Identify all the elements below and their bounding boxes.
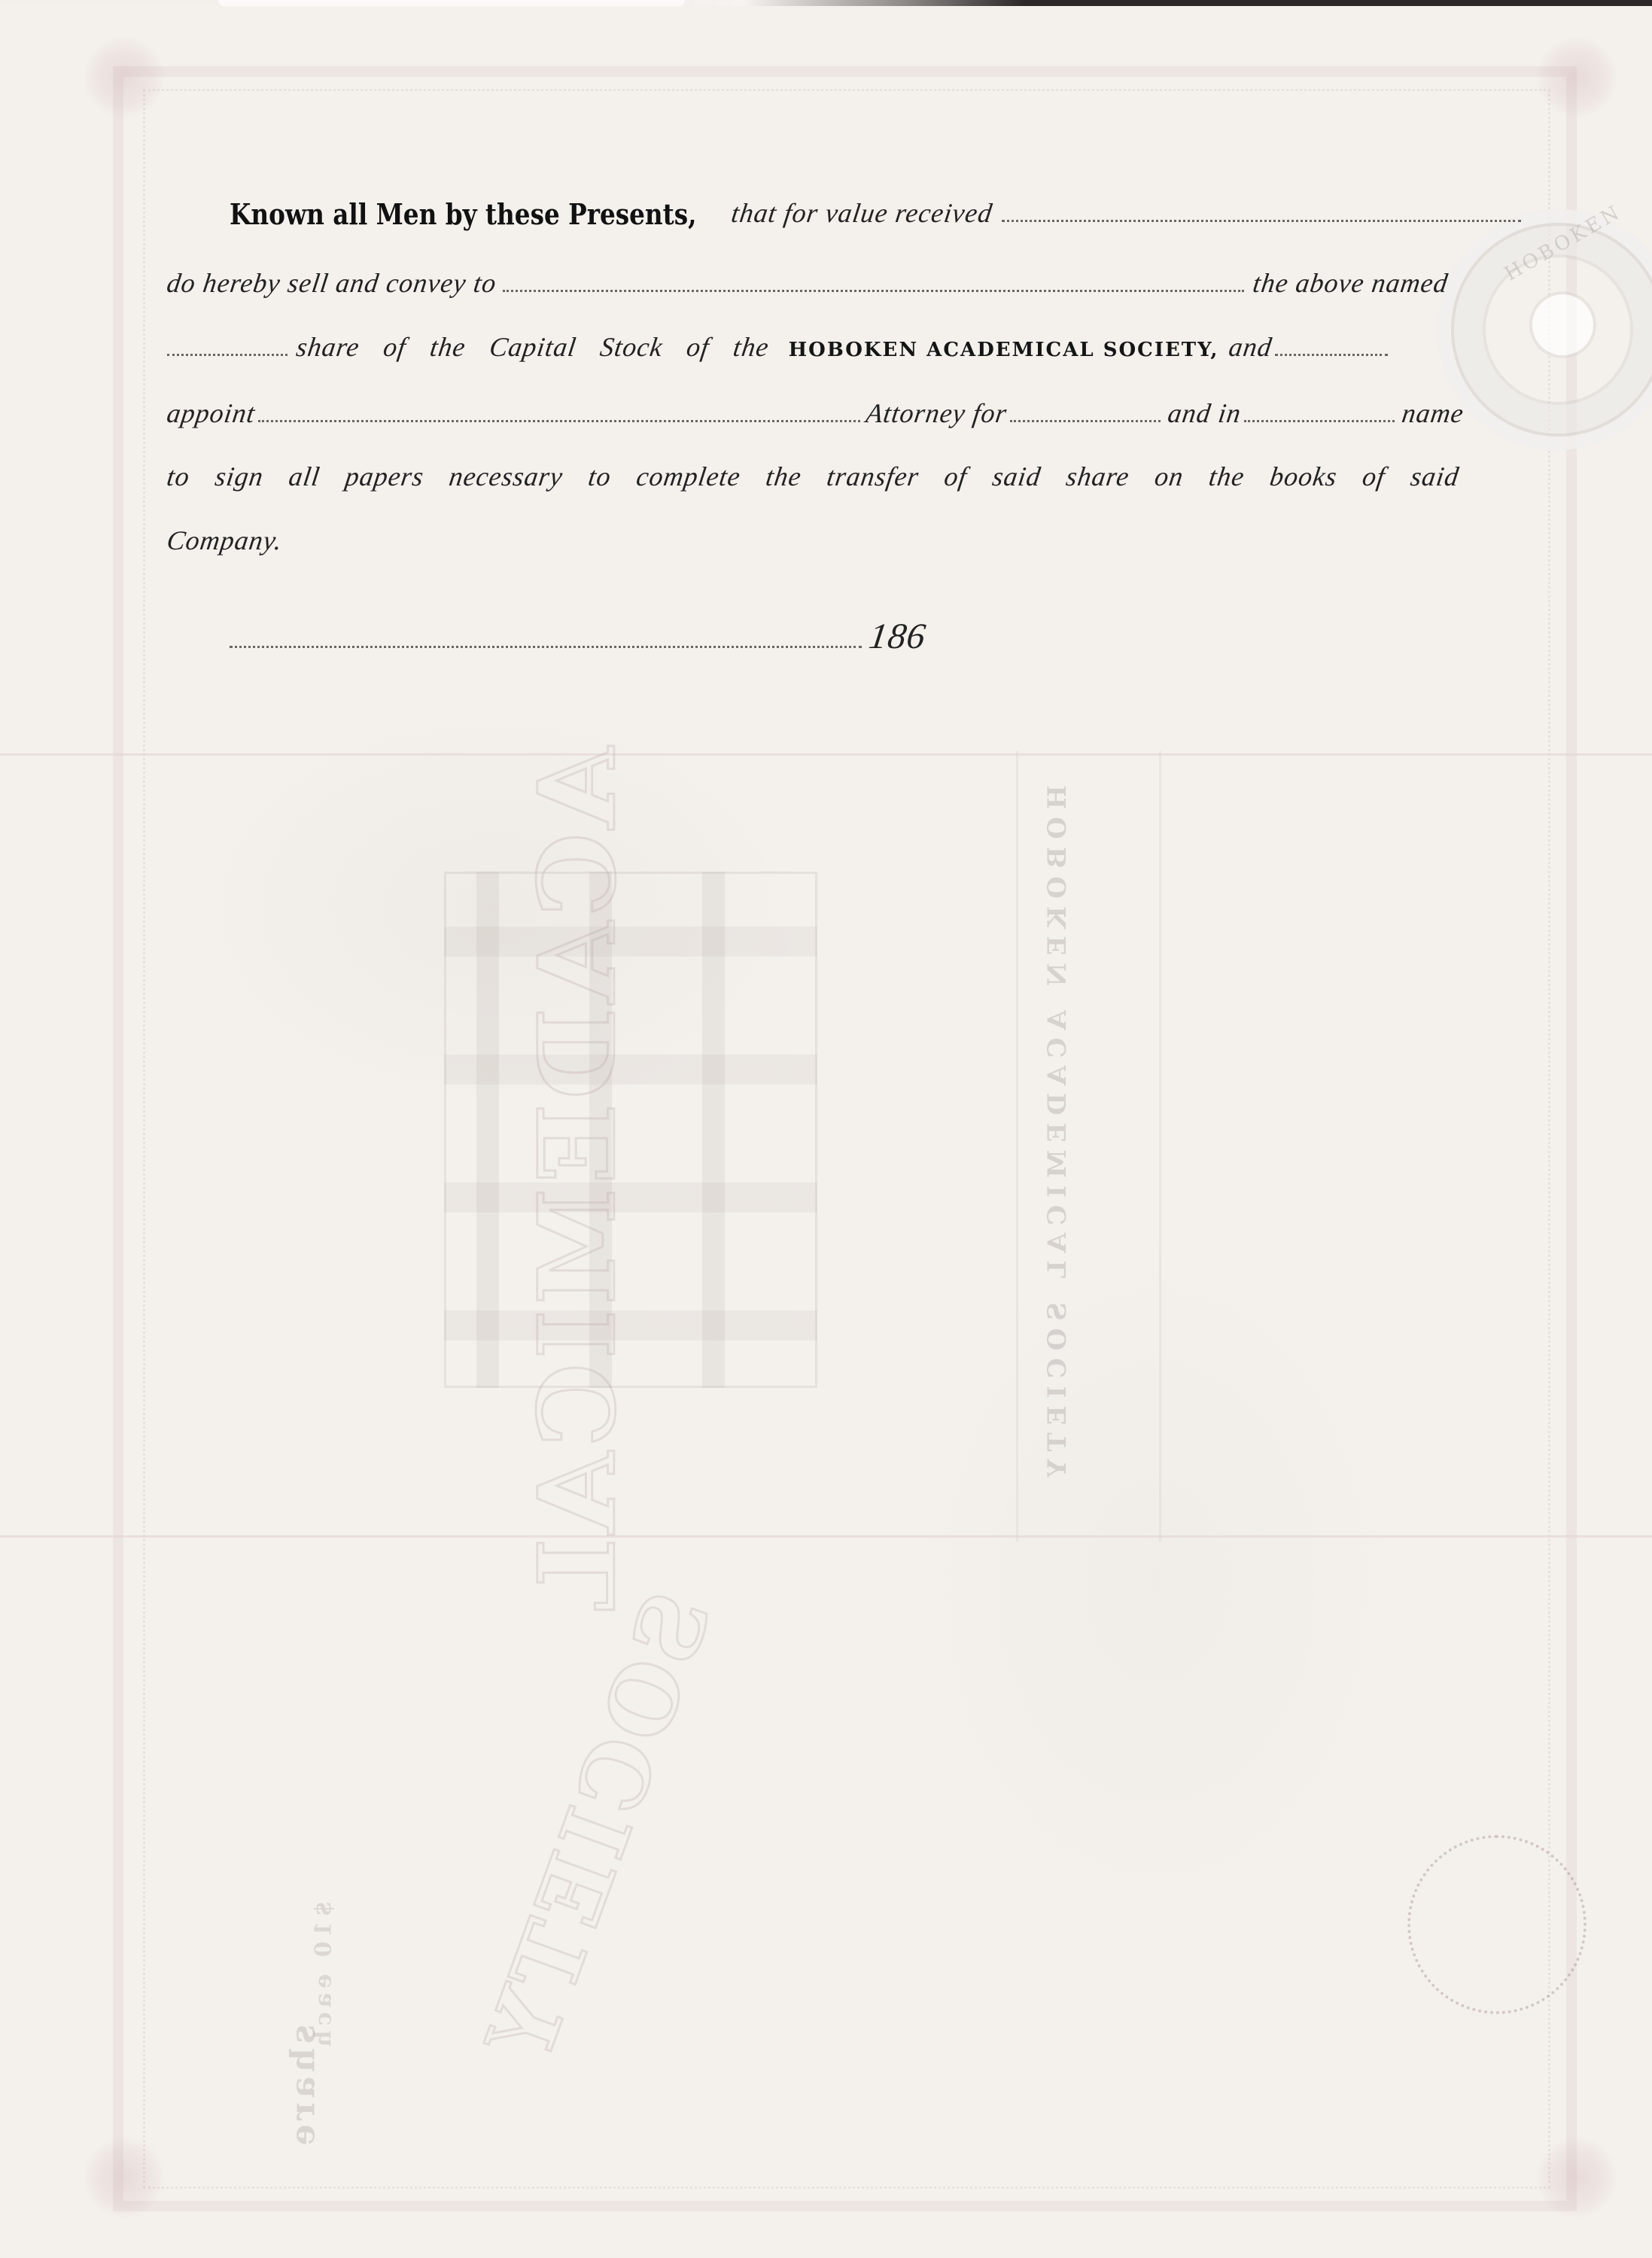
corner-ornament-icon (1535, 2136, 1618, 2219)
name-text: name (1400, 397, 1466, 429)
appoint-text: appoint (165, 397, 257, 429)
column-rule (1159, 751, 1161, 1541)
corner-ornament-icon (1535, 36, 1618, 119)
corner-ornament-icon (83, 36, 166, 119)
date-field[interactable] (230, 646, 862, 648)
show-through-caption: HOBOKEN ACADEMICAL SOCIETY (1042, 785, 1072, 1485)
show-through-seal-icon (1407, 1835, 1587, 2014)
attorney-for-field[interactable] (1010, 420, 1161, 422)
transfer-line-4: appoint Attorney for and in name (167, 397, 1464, 429)
sign-papers-text: to sign all papers necessary to complete… (165, 461, 1461, 492)
and-text: and (1227, 331, 1274, 363)
sell-convey-text: do hereby sell and convey to (165, 267, 498, 299)
fold-crease-lower (0, 1535, 1652, 1538)
fold-crease-upper (0, 753, 1652, 756)
show-through-academical: ACADEMICAL (516, 747, 640, 1617)
date-line: 186 (230, 616, 929, 657)
value-received-text: that for value received (729, 197, 994, 229)
seller-name-field[interactable] (1002, 220, 1521, 222)
capital-stock-text: share of the Capital Stock of the (294, 331, 771, 363)
transfer-line-2: do hereby sell and convey to the above n… (167, 267, 1447, 299)
show-through-share-value: $10 each (310, 1901, 336, 2052)
scan-top-edge (0, 0, 1652, 6)
share-count-field[interactable] (167, 354, 288, 356)
appointee-prefix-field[interactable] (1275, 354, 1388, 356)
heading-known-all-men: Known all Men by these Presents, (230, 197, 697, 231)
attorney-for-text: Attorney for (864, 397, 1009, 429)
transfer-line-3: share of the Capital Stock of the HOBOKE… (167, 331, 1388, 363)
above-named-text: the above named (1251, 267, 1450, 299)
and-in-text: and in (1166, 397, 1243, 429)
transfer-line-5: to sign all papers necessary to complete… (167, 461, 1459, 492)
column-rule (1016, 751, 1018, 1541)
company-text: Company. (165, 525, 284, 556)
company-name: HOBOKEN ACADEMICAL SOCIETY, (789, 339, 1219, 361)
in-name-field[interactable] (1244, 420, 1395, 422)
year-prefix: 186 (866, 616, 929, 657)
buyer-name-field[interactable] (503, 290, 1244, 292)
transfer-line-1: Known all Men by these Presents, (230, 197, 773, 231)
transfer-line-6: Company. (167, 525, 282, 556)
corner-ornament-icon (83, 2136, 166, 2219)
attorney-name-field[interactable] (258, 420, 860, 422)
transfer-line-1-tail: that for value received (732, 197, 1521, 229)
